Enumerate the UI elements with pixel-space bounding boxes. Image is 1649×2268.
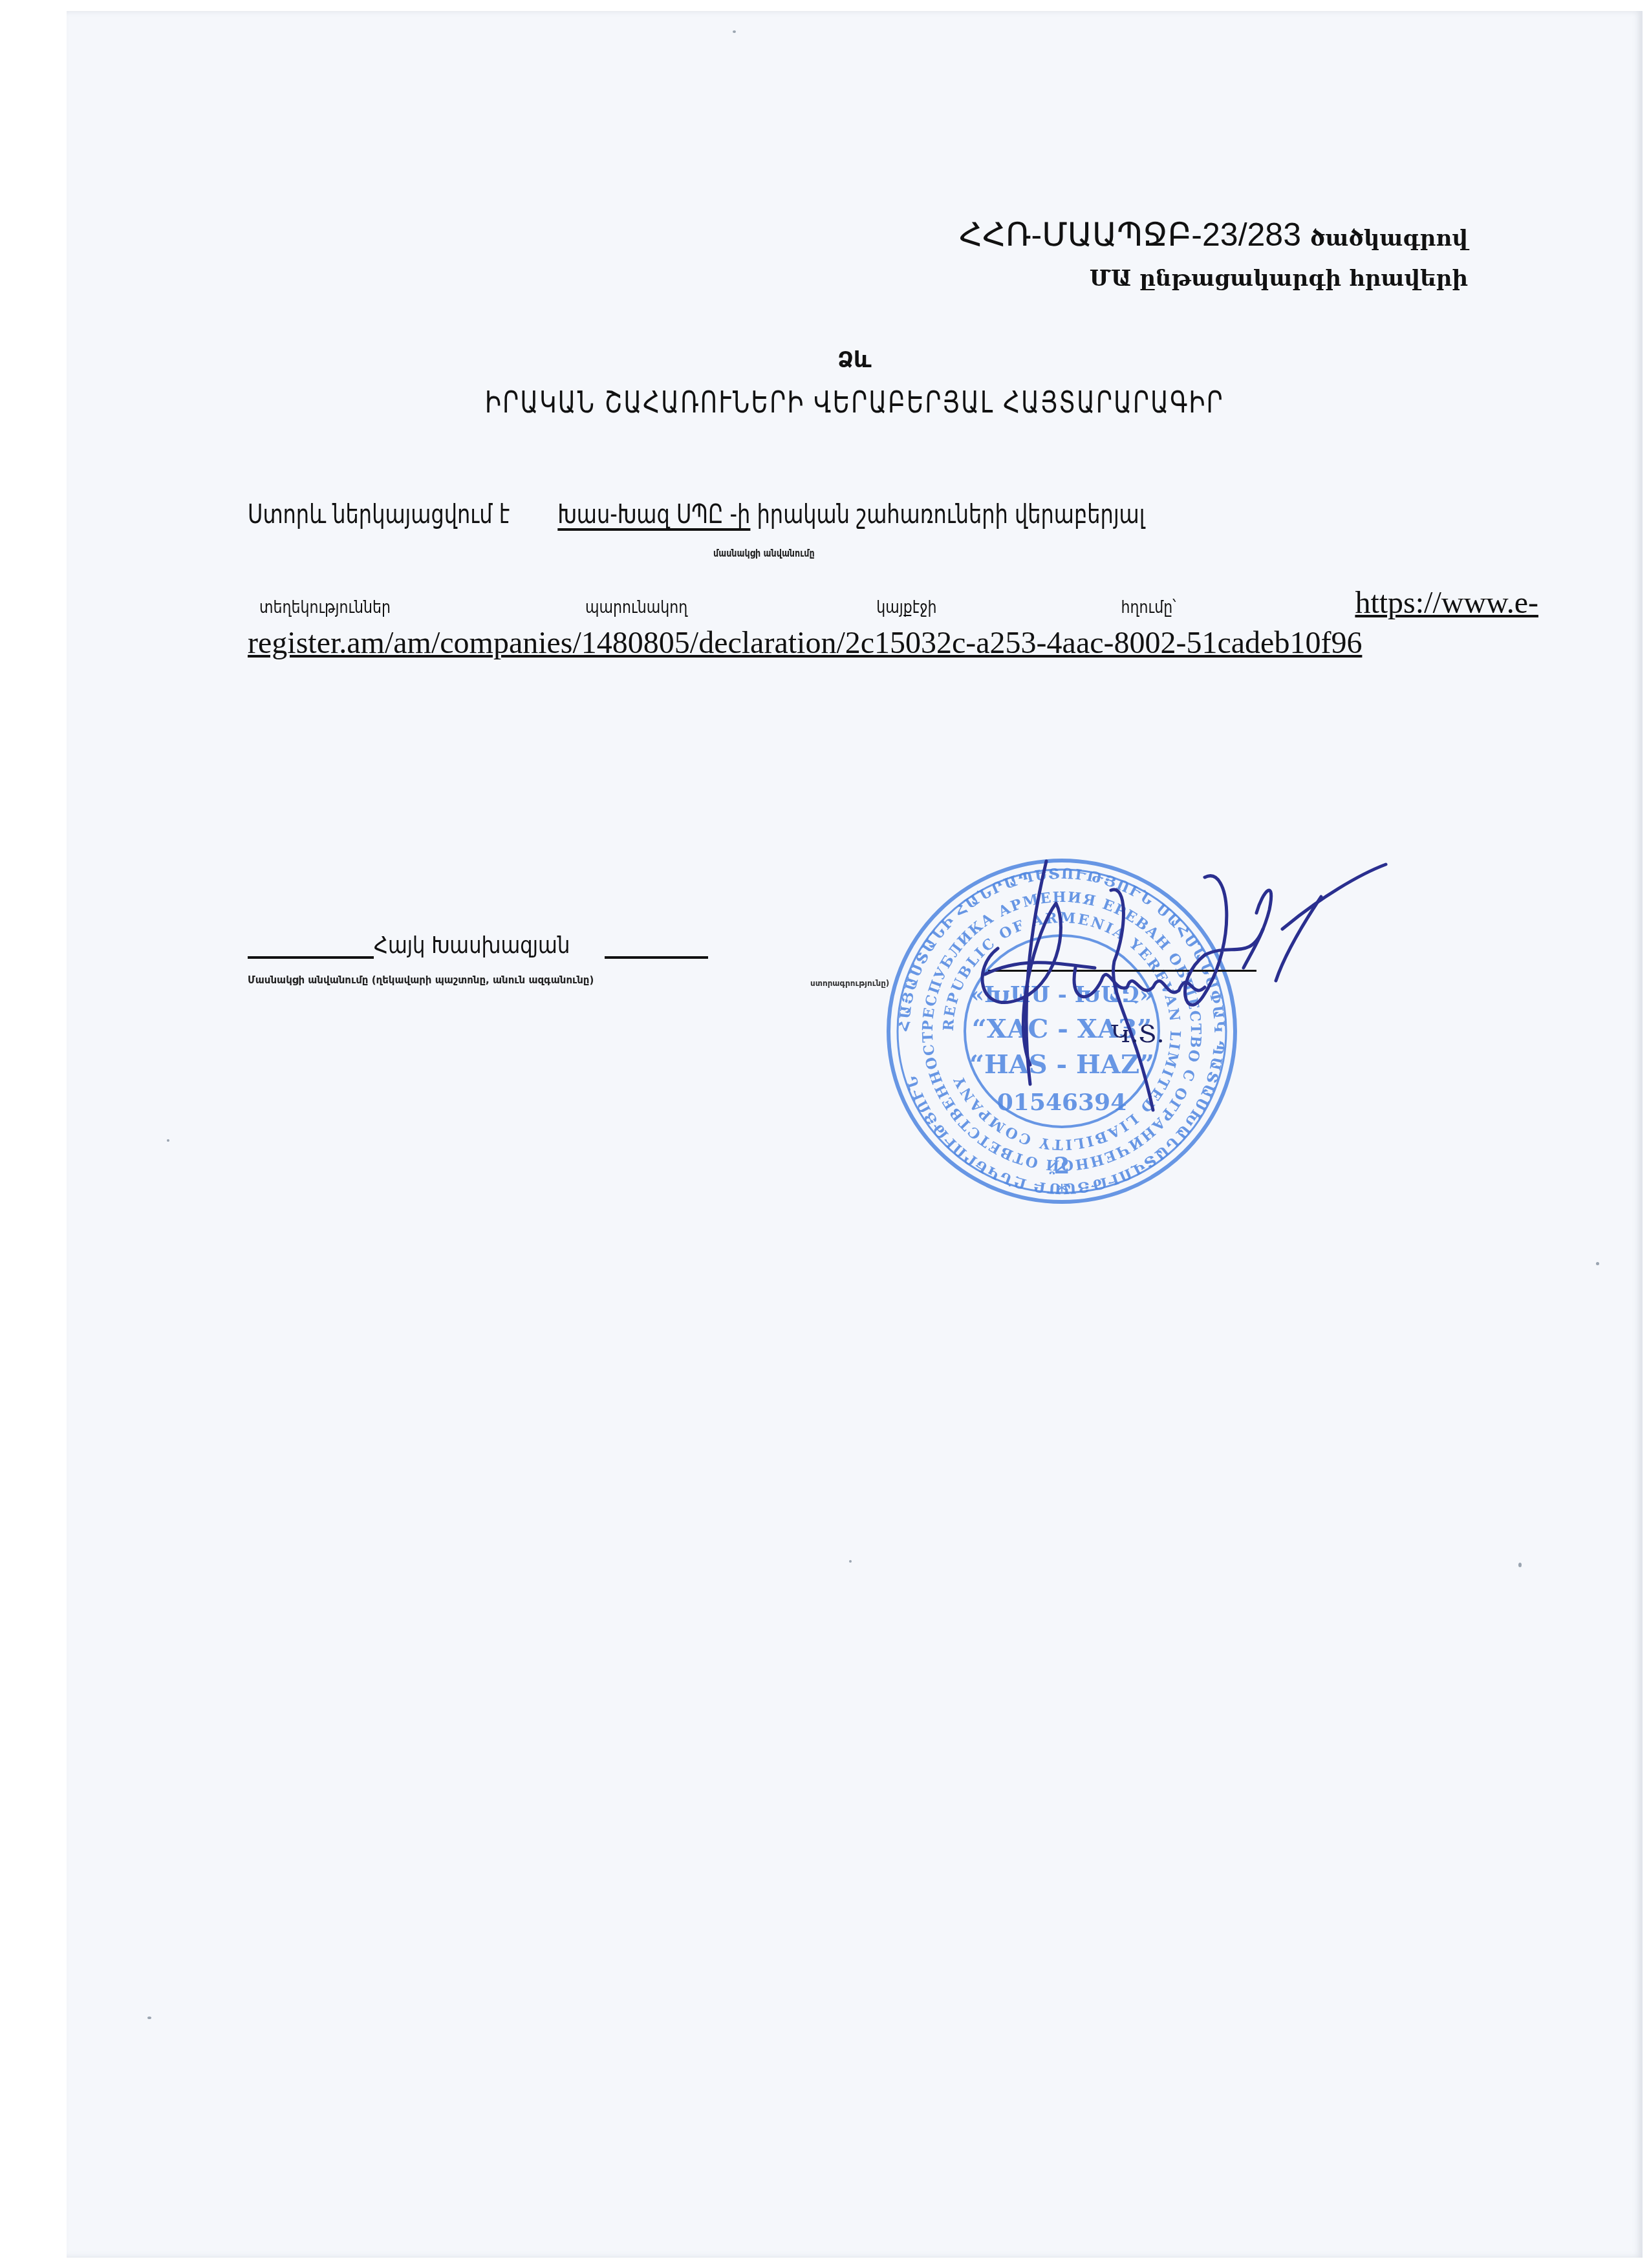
scan-speck: [1518, 1563, 1522, 1567]
signer-line: Հայկ Խասխազյան: [248, 932, 708, 959]
intro-suffix: իրական շահառուների վերաբերյալ: [757, 500, 1145, 530]
signer-name: Հայկ Խասխազյան: [374, 932, 570, 959]
svg-text:*: *: [1057, 1181, 1066, 1201]
info-word: պարունակող: [585, 598, 687, 617]
intro-line: Ստորև ներկայացվում է Խաս-Խազ ՍՊԸ -ի իրակ…: [248, 500, 1145, 530]
scan-speck: [167, 1139, 169, 1142]
reference-line: ՀՀՌ-ՄԱԱՊՋԲ-23/283 ծածկագրով: [959, 213, 1468, 261]
handwritten-signature: [959, 851, 1399, 1175]
info-word: կայքէջի: [876, 598, 936, 617]
info-word: տեղեկություններ: [259, 598, 391, 617]
scan-speck: [147, 2017, 151, 2019]
signature-caption: ստորագրությունը): [810, 979, 889, 988]
declaration-link-part1[interactable]: https://www.e-: [1355, 585, 1538, 621]
intro-prefix: Ստորև ներկայացվում է: [248, 500, 510, 530]
scan-speck: [849, 1560, 852, 1563]
company-caption: մասնակցի անվանումը: [713, 548, 815, 559]
document-page: ՀՀՌ-ՄԱԱՊՋԲ-23/283 ծածկագրով ՄԱ ընթացակար…: [67, 11, 1643, 2258]
underline-right: [605, 956, 708, 959]
reference-code: ՀՀՌ-ՄԱԱՊՋԲ-23/283: [959, 217, 1301, 253]
company-name: Խաս-Խազ ՍՊԸ -ի: [557, 500, 750, 530]
scan-speck: [1596, 1262, 1599, 1265]
reference-suffix: ծածկագրով: [1310, 226, 1468, 251]
form-label: Ձև: [67, 347, 1643, 373]
reference-block: ՀՀՌ-ՄԱԱՊՋԲ-23/283 ծածկագրով ՄԱ ընթացակար…: [959, 213, 1468, 297]
signer-caption: Մասնակցի անվանումը (ղեկավարի պաշտոնը, ան…: [248, 974, 594, 986]
stamp-place-mark: Կ.Տ.: [1111, 1020, 1165, 1048]
reference-subtitle: ՄԱ ընթացակարգի հրավերի: [959, 261, 1468, 297]
document-title: ԻՐԱԿԱՆ ՇԱՀԱՌՈՒՆԵՐԻ ՎԵՐԱԲԵՐՅԱԼ ՀԱՅՏԱՐԱՐԱԳ…: [240, 385, 1469, 420]
declaration-link-part2[interactable]: register.am/am/companies/1480805/declara…: [248, 625, 1362, 661]
scan-speck: [733, 30, 736, 33]
info-line: տեղեկություններ պարունակող կայքէջի հղում…: [248, 585, 1538, 621]
underline-left: [248, 956, 374, 959]
info-word: հղումը՝: [1121, 598, 1176, 617]
